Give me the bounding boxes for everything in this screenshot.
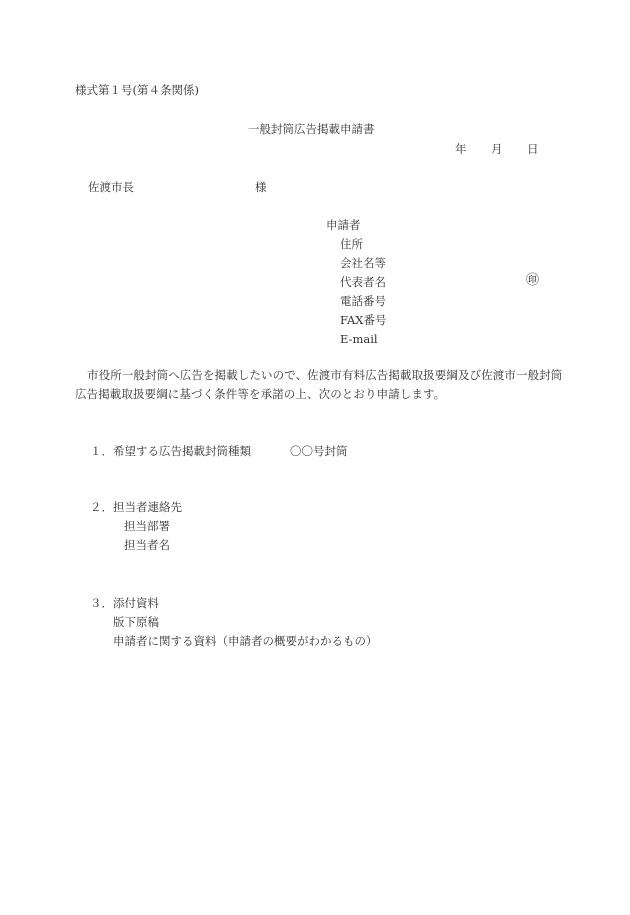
date-month: 月 bbox=[491, 141, 503, 157]
section-3-title: 添付資料 bbox=[113, 595, 159, 611]
applicant-heading: 申請者 bbox=[326, 217, 361, 233]
date-day: 日 bbox=[527, 141, 539, 157]
field-phone-label: 電話番号 bbox=[340, 293, 386, 309]
section-1-value: 〇〇号封筒 bbox=[290, 443, 348, 459]
field-address-label: 住所 bbox=[340, 236, 363, 252]
document-title: 一般封筒広告掲載申請書 bbox=[248, 121, 375, 137]
section-2-item-department: 担当部署 bbox=[124, 518, 170, 534]
application-statement: 市役所一般封筒へ広告を掲載したいので、佐渡市有料広告掲載取扱要綱及び佐渡市一般封… bbox=[75, 366, 565, 404]
addressee-honorific: 様 bbox=[255, 179, 267, 195]
date-year: 年 bbox=[455, 141, 467, 157]
section-2-title: 担当者連絡先 bbox=[113, 499, 182, 515]
field-fax-label: FAX番号 bbox=[340, 312, 386, 328]
section-1-number: １． bbox=[90, 443, 113, 459]
form-label: 様式第１号(第４条関係) bbox=[75, 82, 199, 98]
field-representative-label: 代表者名 bbox=[340, 274, 386, 290]
section-1-title: 希望する広告掲載封筒種類 bbox=[113, 443, 251, 459]
seal-stamp-icon: ㊞ bbox=[526, 273, 539, 289]
section-3-item-applicant-docs: 申請者に関する資料（申請者の概要がわかるもの） bbox=[113, 633, 378, 649]
section-3-item-artwork: 版下原稿 bbox=[113, 614, 159, 630]
addressee-name: 佐渡市長 bbox=[88, 179, 134, 195]
section-3-number: ３． bbox=[90, 595, 113, 611]
section-2-item-person: 担当者名 bbox=[124, 537, 170, 553]
field-company-label: 会社名等 bbox=[340, 255, 386, 271]
field-email-label: E-mail bbox=[340, 331, 378, 347]
section-2-number: ２． bbox=[90, 499, 113, 515]
